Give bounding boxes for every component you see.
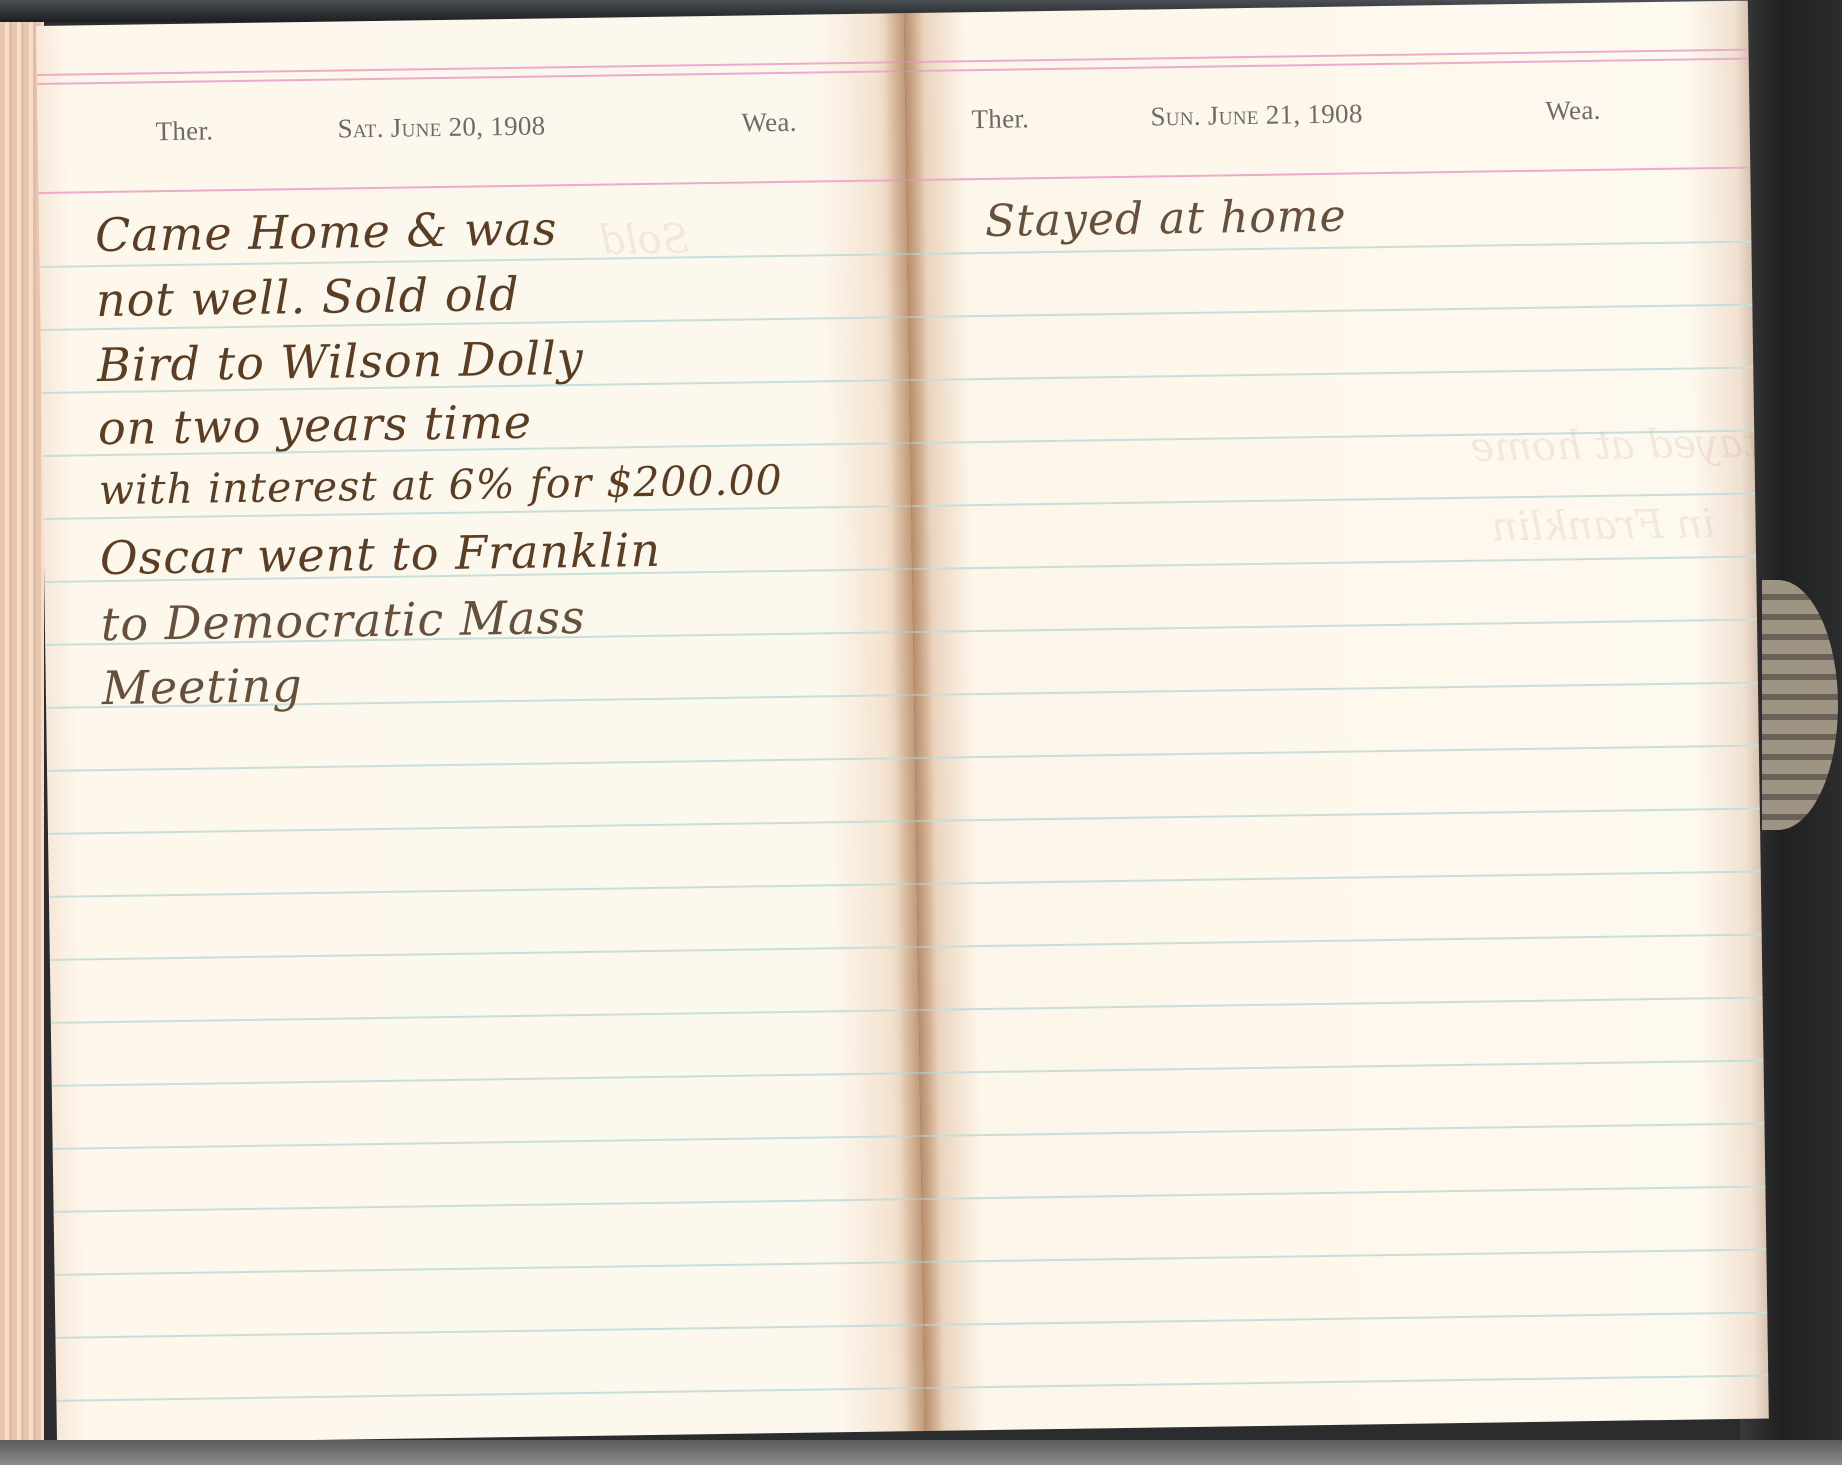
left-page: Ther. Sat. June 20, 1908 Wea. Sold Came … bbox=[36, 13, 925, 1444]
wea-label: Wea. bbox=[741, 107, 797, 139]
ruled-line bbox=[917, 871, 1761, 885]
ruled-line bbox=[922, 1248, 1766, 1262]
entry-line: Oscar went to Franklin bbox=[100, 523, 662, 585]
ruled-line bbox=[913, 619, 1757, 633]
ruled-line bbox=[919, 996, 1763, 1010]
entry-line: not well. Sold old bbox=[96, 267, 520, 327]
page-date: Sun. June 21, 1908 bbox=[1150, 98, 1363, 132]
ruled-line bbox=[54, 1198, 922, 1212]
ruled-line bbox=[51, 1009, 919, 1023]
entry-line: Meeting bbox=[101, 658, 303, 715]
ther-label: Ther. bbox=[971, 103, 1029, 135]
ruled-line bbox=[915, 745, 1759, 759]
ruled-line bbox=[52, 1072, 920, 1086]
ruled-line bbox=[912, 556, 1756, 570]
entry-line: on two years time bbox=[98, 395, 533, 455]
page-date: Sat. June 20, 1908 bbox=[337, 110, 545, 144]
entry-line: with interest at 6% for $200.00 bbox=[99, 456, 783, 514]
ruled-line bbox=[908, 304, 1752, 318]
entry-line: to Democratic Mass bbox=[100, 590, 585, 651]
ruled-line bbox=[923, 1311, 1767, 1325]
ruled-line bbox=[914, 682, 1758, 696]
bottom-cover-edge bbox=[0, 1440, 1842, 1465]
ruled-line bbox=[48, 820, 916, 834]
bleed-through: Sold bbox=[599, 216, 690, 263]
ruled-line bbox=[49, 883, 917, 897]
ruled-line bbox=[55, 1261, 923, 1275]
page-stack-edge bbox=[0, 22, 44, 1442]
ruled-line bbox=[56, 1387, 924, 1401]
ruled-line bbox=[921, 1185, 1765, 1199]
ruled-line bbox=[55, 1324, 923, 1338]
ruled-line bbox=[47, 757, 915, 771]
ruled-line bbox=[50, 946, 918, 960]
ruled-line bbox=[920, 1059, 1764, 1073]
ruled-line bbox=[921, 1122, 1765, 1136]
ruled-line bbox=[916, 808, 1760, 822]
ther-label: Ther. bbox=[155, 115, 213, 147]
ruled-line bbox=[918, 934, 1762, 948]
entry-line: Stayed at home bbox=[985, 191, 1347, 247]
ruled-line bbox=[909, 367, 1753, 381]
bleed-through: in Franklin bbox=[1491, 501, 1715, 550]
entry-line: Bird to Wilson Dolly bbox=[97, 331, 585, 392]
diary-spread: Ther. Sat. June 20, 1908 Wea. Sold Came … bbox=[36, 1, 1769, 1444]
header-rule-bottom bbox=[38, 179, 906, 194]
entry-line: Came Home & was bbox=[95, 201, 558, 262]
wea-label: Wea. bbox=[1545, 95, 1601, 127]
ruled-line bbox=[53, 1135, 921, 1149]
ruled-line bbox=[924, 1374, 1768, 1388]
header-rule-bottom bbox=[906, 167, 1750, 182]
bleed-through: Stayed at home bbox=[1470, 420, 1769, 471]
right-page: Ther. Sun. June 21, 1908 Wea. Stayed at … bbox=[904, 1, 1769, 1431]
